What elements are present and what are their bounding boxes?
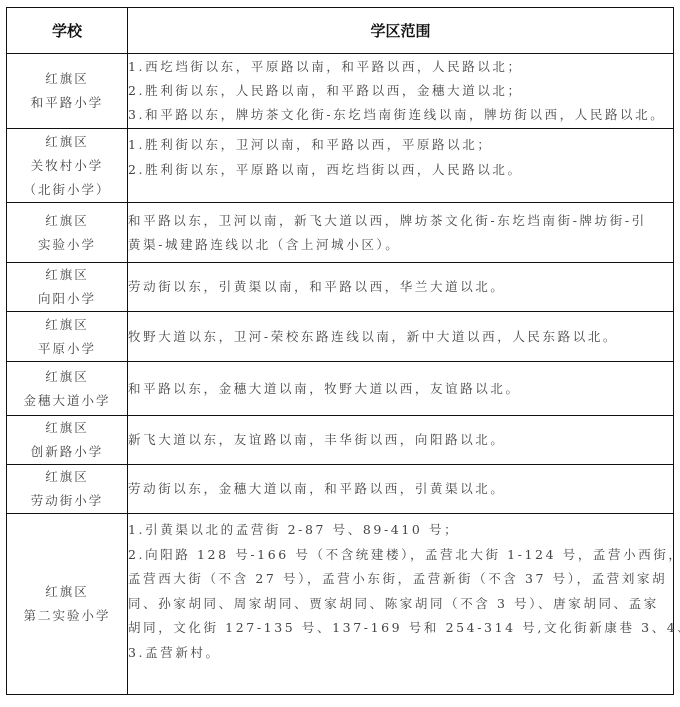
school-cell: 红旗区 实验小学 [7, 203, 128, 263]
range-cell: 劳动街以东，引黄渠以南，和平路以西，华兰大道以北。 [128, 263, 674, 312]
school-name: 实验小学 [7, 233, 127, 257]
district-name: 红旗区 [7, 465, 127, 489]
range-cell: 和平路以东，金穗大道以南，牧野大道以西，友谊路以北。 [128, 362, 674, 416]
range-line: 3.和平路以东，牌坊茶文化街-东圪垱南街连线以南，牌坊街以西，人民路以北。 [128, 103, 673, 127]
district-name: 红旗区 [7, 313, 127, 337]
school-cell: 红旗区 创新路小学 [7, 416, 128, 465]
range-line: 孟营西大街（不含 27 号），孟营小东街，孟营新街（不含 37 号），孟营刘家胡 [128, 567, 673, 592]
table-row: 红旗区 劳动街小学 劳动街以东，金穗大道以南，和平路以西，引黄渠以北。 [7, 465, 674, 514]
range-line: 和平路以东，卫河以南，新飞大道以西，牌坊茶文化街-东圪垱南街-牌坊街-引 [128, 209, 673, 233]
school-name: 劳动街小学 [7, 489, 127, 513]
range-cell: 牧野大道以东，卫河-荣校东路连线以南，新中大道以西，人民东路以北。 [128, 312, 674, 362]
school-name: 平原小学 [7, 337, 127, 361]
school-cell: 红旗区 关牧村小学 （北街小学） [7, 129, 128, 203]
school-cell: 红旗区 劳动街小学 [7, 465, 128, 514]
header-school: 学校 [7, 8, 128, 54]
table-row: 红旗区 第二实验小学 1.引黄渠以北的孟营街 2-87 号、89-410 号； … [7, 514, 674, 695]
school-name: 和平路小学 [7, 91, 127, 115]
table-row: 红旗区 向阳小学 劳动街以东，引黄渠以南，和平路以西，华兰大道以北。 [7, 263, 674, 312]
range-line: 劳动街以东，引黄渠以南，和平路以西，华兰大道以北。 [128, 275, 673, 299]
school-district-table: 学校 学区范围 红旗区 和平路小学 1.西圪垱街以东，平原路以南，和平路以西，人… [6, 7, 674, 695]
range-line: 3.孟营新村。 [128, 641, 673, 666]
school-cell: 红旗区 和平路小学 [7, 54, 128, 129]
district-name: 红旗区 [7, 580, 127, 604]
school-name: 向阳小学 [7, 287, 127, 311]
range-line: 2.向阳路 128 号-166 号（不含统建楼），孟营北大街 1-124 号，孟… [128, 543, 673, 568]
school-cell: 红旗区 金穗大道小学 [7, 362, 128, 416]
school-name: 金穗大道小学 [7, 389, 127, 413]
district-name: 红旗区 [7, 263, 127, 287]
district-name: 红旗区 [7, 209, 127, 233]
table-row: 红旗区 金穗大道小学 和平路以东，金穗大道以南，牧野大道以西，友谊路以北。 [7, 362, 674, 416]
range-line: 新飞大道以东，友谊路以南，丰华街以西，向阳路以北。 [128, 428, 673, 452]
table-header-row: 学校 学区范围 [7, 8, 674, 54]
range-line: 2.胜利街以东，平原路以南，西圪垱街以西，人民路以北。 [128, 158, 673, 183]
header-range: 学区范围 [128, 8, 674, 54]
school-name: 第二实验小学 [7, 604, 127, 628]
range-cell: 和平路以东，卫河以南，新飞大道以西，牌坊茶文化街-东圪垱南街-牌坊街-引 黄渠-… [128, 203, 674, 263]
range-cell: 新飞大道以东，友谊路以南，丰华街以西，向阳路以北。 [128, 416, 674, 465]
table-row: 红旗区 关牧村小学 （北街小学） 1.胜利街以东，卫河以南，和平路以西，平原路以… [7, 129, 674, 203]
table-row: 红旗区 创新路小学 新飞大道以东，友谊路以南，丰华街以西，向阳路以北。 [7, 416, 674, 465]
range-line: 劳动街以东，金穗大道以南，和平路以西，引黄渠以北。 [128, 477, 673, 501]
range-cell: 1.西圪垱街以东，平原路以南，和平路以西，人民路以北； 2.胜利街以东，人民路以… [128, 54, 674, 129]
range-line: 和平路以东，金穗大道以南，牧野大道以西，友谊路以北。 [128, 377, 673, 401]
range-cell: 1.胜利街以东，卫河以南，和平路以西，平原路以北； 2.胜利街以东，平原路以南，… [128, 129, 674, 203]
range-line: 牧野大道以东，卫河-荣校东路连线以南，新中大道以西，人民东路以北。 [128, 325, 673, 349]
range-line: 2.胜利街以东，人民路以南，和平路以西，金穗大道以北； [128, 79, 673, 103]
range-cell: 劳动街以东，金穗大道以南，和平路以西，引黄渠以北。 [128, 465, 674, 514]
table-row: 红旗区 和平路小学 1.西圪垱街以东，平原路以南，和平路以西，人民路以北； 2.… [7, 54, 674, 129]
range-line: 黄渠-城建路连线以北（含上河城小区）。 [128, 233, 673, 257]
school-cell: 红旗区 向阳小学 [7, 263, 128, 312]
range-line: 1.胜利街以东，卫河以南，和平路以西，平原路以北； [128, 133, 673, 158]
district-name: 红旗区 [7, 130, 127, 154]
table-row: 红旗区 平原小学 牧野大道以东，卫河-荣校东路连线以南，新中大道以西，人民东路以… [7, 312, 674, 362]
range-line: 同、孙家胡同、周家胡同、贾家胡同、陈家胡同（不含 3 号）、唐家胡同、孟家 [128, 592, 673, 617]
range-line: 1.引黄渠以北的孟营街 2-87 号、89-410 号； [128, 518, 673, 543]
district-name: 红旗区 [7, 67, 127, 91]
district-name: 红旗区 [7, 416, 127, 440]
range-line: 1.西圪垱街以东，平原路以南，和平路以西，人民路以北； [128, 55, 673, 79]
school-cell: 红旗区 第二实验小学 [7, 514, 128, 695]
table-row: 红旗区 实验小学 和平路以东，卫河以南，新飞大道以西，牌坊茶文化街-东圪垱南街-… [7, 203, 674, 263]
range-line: 胡同，文化街 127-135 号、137-169 号和 254-314 号,文化… [128, 616, 673, 641]
school-alias: （北街小学） [7, 178, 127, 202]
range-cell: 1.引黄渠以北的孟营街 2-87 号、89-410 号； 2.向阳路 128 号… [128, 514, 674, 695]
school-name: 关牧村小学 [7, 154, 127, 178]
district-name: 红旗区 [7, 365, 127, 389]
school-name: 创新路小学 [7, 440, 127, 464]
school-cell: 红旗区 平原小学 [7, 312, 128, 362]
